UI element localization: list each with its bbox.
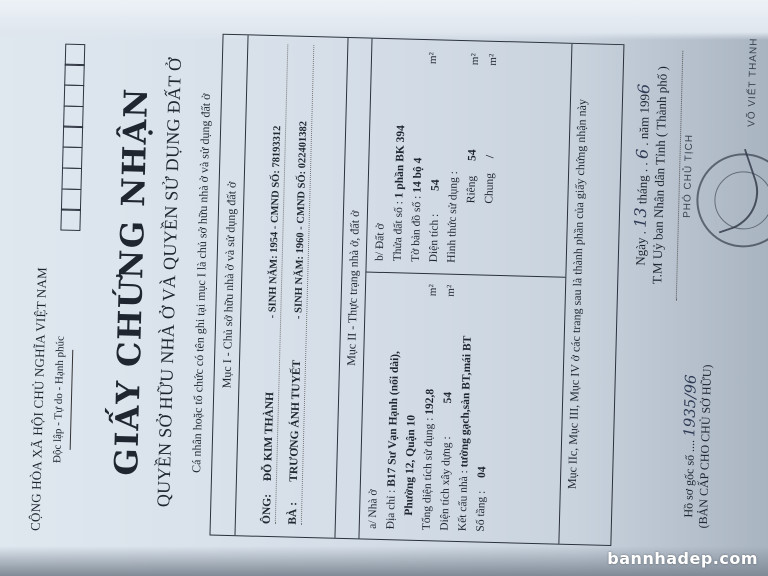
certificate-subtitle: QUYỀN SỞ HỮU NHÀ Ở VÀ QUYỀN SỬ DỤNG ĐẤT … <box>152 2 188 562</box>
owner-title: ÔNG: <box>261 484 274 524</box>
land-private: Riêng 54 <box>465 149 478 203</box>
land-shared: Chung / <box>483 155 496 204</box>
owner-info: - SINH NĂM: 1960 - CMND SỐ: 022401382 <box>293 121 309 319</box>
house-floors: Số tầng : 04 <box>475 466 489 532</box>
land-map-sheet: Tờ bản đồ số : 14 bộ 4 <box>410 158 425 262</box>
watermark: bannhadep.com <box>607 549 758 568</box>
house-label: a/ Nhà ở <box>367 489 380 529</box>
serial-number-boxes <box>60 43 85 230</box>
serial-box <box>60 209 81 232</box>
serial-box <box>62 147 83 170</box>
unit-m2: m² <box>469 53 481 65</box>
house-column: a/ Nhà ở Địa chỉ : B17 Sư Vạn Hạnh (nối … <box>358 272 565 544</box>
serial-box <box>65 43 86 66</box>
land-column: b/ Đất ở Thửa đất số : 1 phần BK 394 Tờ … <box>365 41 571 276</box>
owner-row: ÔNG: ĐỖ KIM THÀNH - SINH NĂM: 1954 - CMN… <box>261 44 289 524</box>
national-motto: Độc lập - Tự do - Hạnh phúc <box>49 259 68 539</box>
serial-box <box>61 167 82 190</box>
owner-info: - SINH NĂM: 1954 - CMND SỐ: 78193312 <box>267 125 283 318</box>
issue-month: 6 <box>632 149 651 160</box>
section-2-body: a/ Nhà ở Địa chỉ : B17 Sư Vạn Hạnh (nối … <box>358 39 572 544</box>
land-plot: Thửa đất số : 1 phần BK 394 <box>392 125 408 262</box>
unit-m2: m² <box>427 284 439 296</box>
serial-box <box>63 126 84 149</box>
owners-section: ÔNG: ĐỖ KIM THÀNH - SINH NĂM: 1954 - CMN… <box>234 35 348 537</box>
record-number-value: 1935/96 <box>680 374 700 437</box>
certificate-title: GIẤY CHỨNG NHẬN <box>105 1 158 562</box>
serial-box <box>63 105 84 128</box>
land-usage: Hình thức sử dụng : <box>446 171 460 263</box>
unit-m2: m² <box>445 285 457 297</box>
motto-underline <box>70 350 74 450</box>
unit-m2: m² <box>487 54 499 66</box>
house-built-area: Diện tích xây dựng : 54 <box>439 392 455 531</box>
land-label: b/ Đất ở <box>374 223 387 261</box>
national-title: CỘNG HÒA XÃ HỘI CHỦ NGHĨA VIỆT NAM <box>27 259 50 539</box>
house-total-area: Tổng diện tích sử dụng : 192,8 <box>421 389 437 531</box>
issue-year-digit: 6 <box>634 84 653 95</box>
owner-row: BÀ : TRƯƠNG ÁNH TUYẾT - SINH NĂM: 1960 -… <box>287 45 315 525</box>
issue-day: 13 <box>631 207 651 228</box>
certificate-page: CỘNG HÒA XÃ HỘI CHỦ NGHĨA VIỆT NAM Độc l… <box>0 0 768 576</box>
certificate-table: Mục I - Chủ sở hữu nhà ở và sử dụng đất … <box>209 34 624 546</box>
owner-name: ĐỖ KIM THÀNH <box>262 321 278 481</box>
owner-name: TRƯƠNG ÁNH TUYẾT <box>288 322 304 482</box>
serial-box <box>64 64 85 87</box>
unit-m2: m² <box>427 52 439 64</box>
house-address: Địa chỉ : B17 Sư Vạn Hạnh (nối dài), <box>385 351 402 530</box>
serial-box <box>64 85 85 108</box>
owner-title: BÀ : <box>287 485 300 525</box>
land-area: Diện tích : 54 <box>428 179 442 262</box>
house-address-line2: Phường 12, Quận 10 <box>403 415 418 516</box>
serial-box <box>61 188 82 211</box>
house-structure: Kết cấu nhà : tường gạch,sàn BT,mái BT <box>457 336 474 532</box>
